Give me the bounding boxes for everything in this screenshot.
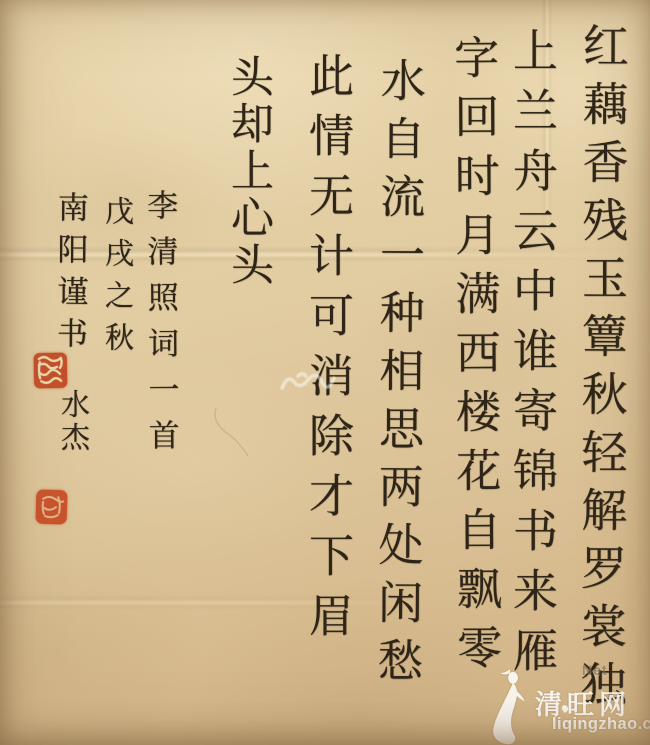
colophon-attribution-column: 李清照词一首 [137,189,184,465]
poem-column-2: 上兰舟云中谁寄锦书来雁 [499,27,564,687]
colophon-date-column: 戊戌之秋 [98,196,139,364]
lady-silhouette-logo-icon [490,666,540,745]
seal-carving-icon [33,352,69,390]
colophon-artist-name-column: 水杰 [54,389,95,455]
poem-column-5: 此情无计可消除才下眉 [295,52,360,652]
paper-scratch [210,406,255,458]
faint-watermark-fragment [278,368,340,398]
lower-artist-seal [35,489,69,526]
poem-column-3: 字回时月满西楼花自飘零 [440,34,508,683]
watermark-site-url: liqingzhao.cn [552,715,650,734]
seal-carving-icon [35,489,69,526]
site-watermark: Net 清旺网 liqingzhao.cn [478,650,650,745]
poem-column-4: 水自流一种相思两处闲愁 [364,57,432,695]
colophon-signature-column: 南阳谨书 [47,191,93,359]
poem-column-1: 红藕香残玉簟秋轻解罗裳独 [568,22,636,718]
net-watermark-label: Net [582,662,608,678]
poem-column-6: 头却上心头 [219,54,280,289]
calligraphy-photo: 红藕香残玉簟秋轻解罗裳独 上兰舟云中谁寄锦书来雁 字回时月满西楼花自飘零 水自流… [0,0,650,745]
upper-artist-seal [33,352,69,390]
